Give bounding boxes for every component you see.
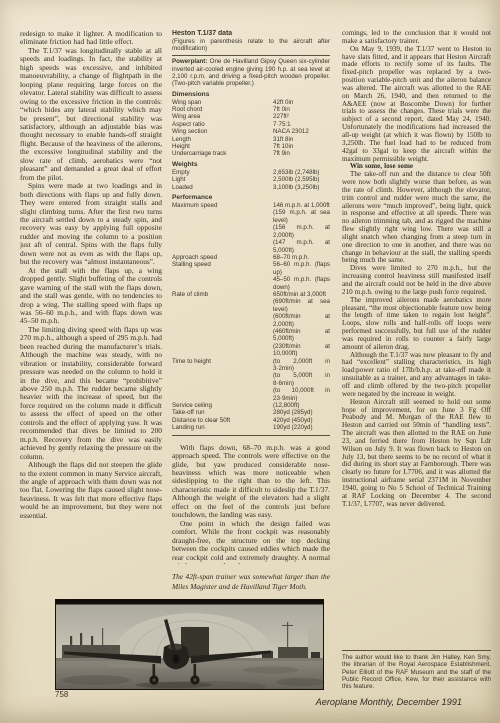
body-paragraph: Although the T.1/37 was now pleasant to … xyxy=(342,352,491,399)
spec-value: 42ft 0in xyxy=(273,99,330,106)
spec-label: Aspect ratio xyxy=(172,121,273,128)
spec-row: Service ceiling(12,800ft) xyxy=(172,402,330,409)
spec-label: Undercarriage track xyxy=(172,150,273,157)
spec-label: Take-off run xyxy=(172,409,273,416)
photo-top-strip xyxy=(56,600,323,605)
body-paragraph: The take-off run and the distance to cle… xyxy=(342,171,491,265)
spec-value: 420yd (450yd) xyxy=(273,417,330,424)
body-paragraph: One point in which the design failed was… xyxy=(172,520,330,564)
spec-label: Approach speed xyxy=(172,254,273,261)
spec-row: Wing sectionNACA 23012 xyxy=(172,128,330,135)
spec-value: 227ft² xyxy=(273,113,330,120)
body-paragraph: With flaps down, 68–70 m.p.h. was a good… xyxy=(172,444,330,520)
body-paragraph: comings, led to the conclusion that it w… xyxy=(342,30,491,46)
body-paragraph: redesign to make it lighter. A modificat… xyxy=(20,30,162,47)
spec-row: Root chord7ft 0in xyxy=(172,106,330,113)
spec-row: Rate of climb650ft/min at 3,000ft (690ft… xyxy=(172,291,330,358)
spec-row: Empty2,653lb (2,748lb) xyxy=(172,169,330,176)
body-paragraph: On May 9, 1939, the T.1/37 went to Hesto… xyxy=(342,46,491,164)
spec-label: Landing run xyxy=(172,424,273,431)
spec-value: (12,800ft) xyxy=(273,402,330,409)
spec-label: Empty xyxy=(172,169,273,176)
spec-value: 146 m.p.h. at 1,000ft (159 m.p.h. at sea… xyxy=(273,202,330,254)
body-paragraph: The T.1/37 was longitudinally stable at … xyxy=(20,47,162,182)
spec-row: Take-off run280yd (285yd) xyxy=(172,409,330,416)
acknowledgment-text: The author would like to thank Jim Halle… xyxy=(342,654,491,690)
body-paragraph: Although the flaps did not steepen the g… xyxy=(20,461,162,520)
spec-label: Wing span xyxy=(172,99,273,106)
magazine-footer: Aeroplane Monthly, December 1991 xyxy=(255,697,462,707)
body-paragraph: Heston Aircraft still seemed to hold out… xyxy=(342,399,491,509)
spec-section-performance: Performance xyxy=(172,194,330,202)
spec-section-weights: Weights xyxy=(172,161,330,169)
spec-value: NACA 23012 xyxy=(273,128,330,135)
spec-row: Maximum speed146 m.p.h. at 1,000ft (159 … xyxy=(172,202,330,254)
spec-label: Wing area xyxy=(172,113,273,120)
spec-value: 68–70 m.p.h. xyxy=(273,254,330,261)
spec-row: Wing span42ft 0in xyxy=(172,99,330,106)
divider xyxy=(172,55,330,56)
aircraft-photo-art xyxy=(56,600,323,689)
spec-value: 3,100lb (3,250lb) xyxy=(273,184,330,191)
column-middle: Heston T.1/37 data (Figures in parenthes… xyxy=(172,30,330,564)
spec-row: Distance to clear 50ft420yd (450yd) xyxy=(172,417,330,424)
spec-row: Aspect ratio7·75:1 xyxy=(172,121,330,128)
spec-row: Wing area227ft² xyxy=(172,113,330,120)
column-right: comings, led to the conclusion that it w… xyxy=(342,30,491,650)
spec-value: 7·75:1 xyxy=(273,121,330,128)
spec-value: 2,500lb (2,595lb) xyxy=(273,176,330,183)
spec-row: Approach speed68–70 m.p.h. xyxy=(172,254,330,261)
spec-row: Light2,500lb (2,595lb) xyxy=(172,176,330,183)
spec-value: 7ft 10in xyxy=(273,143,330,150)
body-paragraph: Dives were limited to 270 m.p.h., but th… xyxy=(342,265,491,296)
spec-row: Undercarriage track7ft 9in xyxy=(172,150,330,157)
spec-row: Time to height(to 2,000ft in 3·2min) (to… xyxy=(172,358,330,402)
spec-value: 7ft 9in xyxy=(273,150,330,157)
spec-row: Stalling speed56–60 m.p.h. (flaps up) 45… xyxy=(172,261,330,291)
powerplant-label: Powerplant: xyxy=(172,58,207,65)
column-left: redesign to make it lighter. A modificat… xyxy=(20,30,162,596)
spec-label: Length xyxy=(172,136,273,143)
spec-value: (to 2,000ft in 3·2min) (to 5,000ft in 8·… xyxy=(273,358,330,402)
spec-label: Height xyxy=(172,143,273,150)
spec-label: Service ceiling xyxy=(172,402,273,409)
spec-table-intro: (Figures in parenthesis relate to the ai… xyxy=(172,38,330,52)
body-paragraph: At the stall with the flaps up, a wing d… xyxy=(20,267,162,326)
spec-table: Heston T.1/37 data (Figures in parenthes… xyxy=(172,30,330,436)
powerplant-note: Powerplant: One de Havilland Gipsy Queen… xyxy=(172,58,330,87)
spec-value: 7ft 0in xyxy=(273,106,330,113)
photo-caption: The 42ft-span trainer was somewhat large… xyxy=(172,572,330,591)
divider xyxy=(172,435,330,436)
spec-label: Light xyxy=(172,176,273,183)
spec-table-title: Heston T.1/37 data xyxy=(172,30,330,38)
body-paragraph: Spins were made at two loadings and in b… xyxy=(20,182,162,267)
spec-label: Maximum speed xyxy=(172,202,273,209)
spec-label: Time to height xyxy=(172,358,273,365)
spec-label: Root chord xyxy=(172,106,273,113)
spec-row: Length31ft 8in xyxy=(172,136,330,143)
spec-label: Rate of climb xyxy=(172,291,273,298)
body-paragraph: The improved ailerons made aerobatics mo… xyxy=(342,297,491,352)
spec-label: Loaded xyxy=(172,184,273,191)
spec-label: Stalling speed xyxy=(172,261,273,268)
spec-row: Landing run190yd (220yd) xyxy=(172,424,330,431)
aircraft-photo xyxy=(55,599,324,690)
spec-value: 280yd (285yd) xyxy=(273,409,330,416)
magazine-page: redesign to make it lighter. A modificat… xyxy=(0,0,500,723)
spec-value: 31ft 8in xyxy=(273,136,330,143)
spec-row: Loaded3,100lb (3,250lb) xyxy=(172,184,330,191)
spec-label: Distance to clear 50ft xyxy=(172,417,273,424)
spec-value: 56–60 m.p.h. (flaps up) 45–50 m.p.h. (fl… xyxy=(273,261,330,291)
acknowledgment-block: The author would like to thank Jim Halle… xyxy=(342,650,491,690)
spec-value: 190yd (220yd) xyxy=(273,424,330,431)
spec-label: Wing section xyxy=(172,128,273,135)
page-number: 758 xyxy=(55,690,68,699)
spec-section-dimensions: Dimensions xyxy=(172,91,330,99)
spec-value: 2,653lb (2,748lb) xyxy=(273,169,330,176)
spec-value: 650ft/min at 3,000ft (690ft/min at sea l… xyxy=(273,291,330,358)
body-paragraph: The limiting diving speed with flaps up … xyxy=(20,326,162,461)
spec-row: Height7ft 10in xyxy=(172,143,330,150)
